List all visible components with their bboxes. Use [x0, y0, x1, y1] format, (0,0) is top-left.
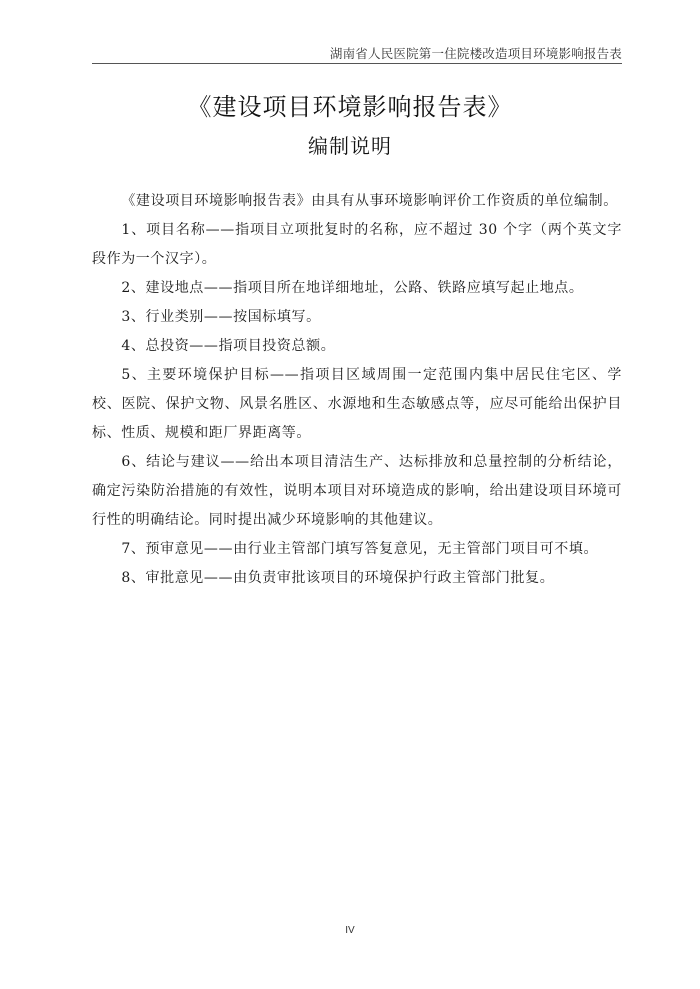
instruction-item-3: 3、行业类别——按国标填写。: [92, 303, 622, 332]
document-title: 《建设项目环境影响报告表》: [0, 87, 700, 122]
instruction-item-4: 4、总投资——指项目投资总额。: [92, 332, 622, 361]
page-number: IV: [0, 925, 700, 936]
document-page: 湖南省人民医院第一住院楼改造项目环境影响报告表 《建设项目环境影响报告表》 编制…: [0, 0, 700, 989]
instruction-item-5: 5、主要环境保护目标——指项目区域周围一定范围内集中居民住宅区、学校、医院、保护…: [92, 361, 622, 448]
running-header: 湖南省人民医院第一住院楼改造项目环境影响报告表: [330, 44, 622, 62]
instruction-item-7: 7、预审意见——由行业主管部门填写答复意见，无主管部门项目可不填。: [92, 535, 622, 564]
instructions-body: 《建设项目环境影响报告表》由具有从事环境影响评价工作资质的单位编制。 1、项目名…: [92, 187, 622, 593]
header-divider: [92, 63, 622, 64]
instruction-item-8: 8、审批意见——由负责审批该项目的环境保护行政主管部门批复。: [92, 564, 622, 593]
instruction-item-2: 2、建设地点——指项目所在地详细地址，公路、铁路应填写起止地点。: [92, 274, 622, 303]
document-subtitle: 编制说明: [0, 130, 700, 159]
instruction-item-1: 1、项目名称——指项目立项批复时的名称，应不超过 30 个字（两个英文字段作为一…: [92, 216, 622, 274]
instruction-item-6: 6、结论与建议——给出本项目清洁生产、达标排放和总量控制的分析结论，确定污染防治…: [92, 448, 622, 535]
intro-paragraph: 《建设项目环境影响报告表》由具有从事环境影响评价工作资质的单位编制。: [92, 187, 622, 216]
